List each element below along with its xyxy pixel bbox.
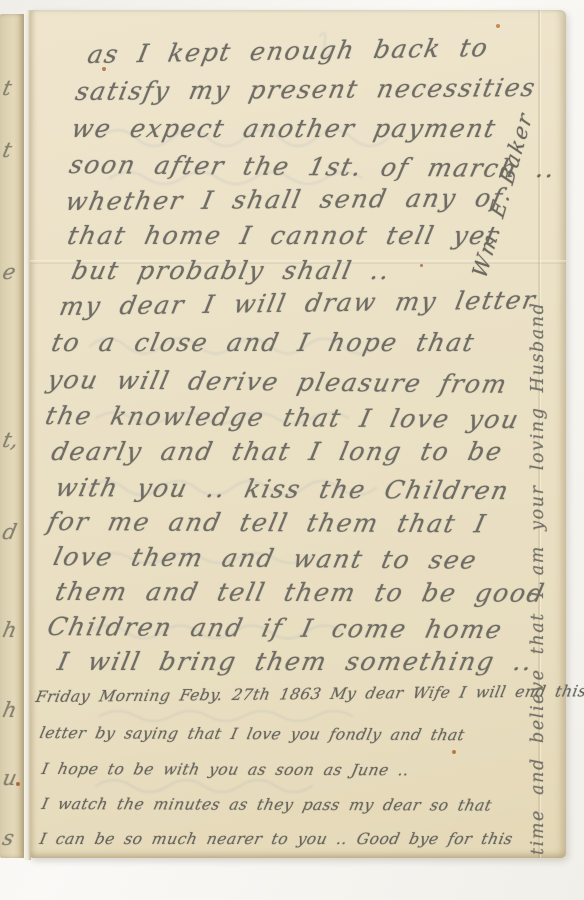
letter-page: as I kept enough back to satisfy my pres… [30, 10, 566, 858]
letter-line-15: love them and want to see [51, 542, 481, 575]
letter-line-22: I watch the minutes as they pass my dear… [40, 795, 494, 815]
letter-line-23: I can be so much nearer to you .. Good b… [38, 830, 514, 848]
adjacent-text-fragment: t, [0, 428, 24, 452]
letter-line-2: satisfy my present necessities [73, 73, 539, 106]
letter-line-3: we expect another payment [69, 114, 500, 143]
rust-speck [102, 67, 106, 71]
adjacent-text-fragment: h [0, 618, 24, 642]
adjacent-text-fragment: e [0, 260, 24, 284]
letter-line-13: with you .. kiss the Children [53, 473, 513, 505]
rust-speck [452, 750, 456, 754]
letter-line-16: them and tell them to be good [53, 577, 548, 608]
letter-line-20: letter by saying that I love you fondly … [38, 724, 467, 744]
letter-scan: t t e t, d h h u s [0, 0, 584, 900]
letter-line-6: that home I cannot tell yet [65, 221, 501, 250]
letter-line-4: soon after the 1st. of march .. [67, 150, 559, 183]
rust-speck [496, 24, 500, 28]
letter-line-12: dearly and that I long to be [49, 437, 506, 466]
adjacent-text-fragment: h [0, 698, 24, 722]
letter-line-21: I hope to be with you as soon as June .. [40, 760, 411, 779]
rust-speck [16, 782, 20, 786]
adjacent-text-fragment: t [0, 138, 24, 162]
letter-line-9: to a close and I hope that [49, 328, 478, 357]
letter-line-18: I will bring them something .. [55, 647, 536, 676]
adjacent-text-fragment: t [0, 76, 24, 100]
letter-line-7: but probably shall .. [69, 256, 394, 285]
letter-line-14: for me and tell them that I [45, 507, 490, 538]
adjacent-page-edge: t t e t, d h h u s [0, 14, 24, 858]
adjacent-text-fragment: s [0, 826, 24, 850]
letter-line-5: whether I shall send any of [63, 183, 506, 216]
letter-line-10: you will derive pleasure from [45, 365, 511, 399]
letter-line-11: the knowledge that I love you [43, 401, 523, 434]
adjacent-text-fragment: u [0, 766, 24, 790]
letter-line-17: Children and if I come home [45, 612, 506, 644]
vertical-margin-note: time and believe that I am your loving H… [528, 269, 554, 855]
adjacent-text-fragment: d [0, 520, 24, 544]
rust-speck [420, 264, 423, 267]
